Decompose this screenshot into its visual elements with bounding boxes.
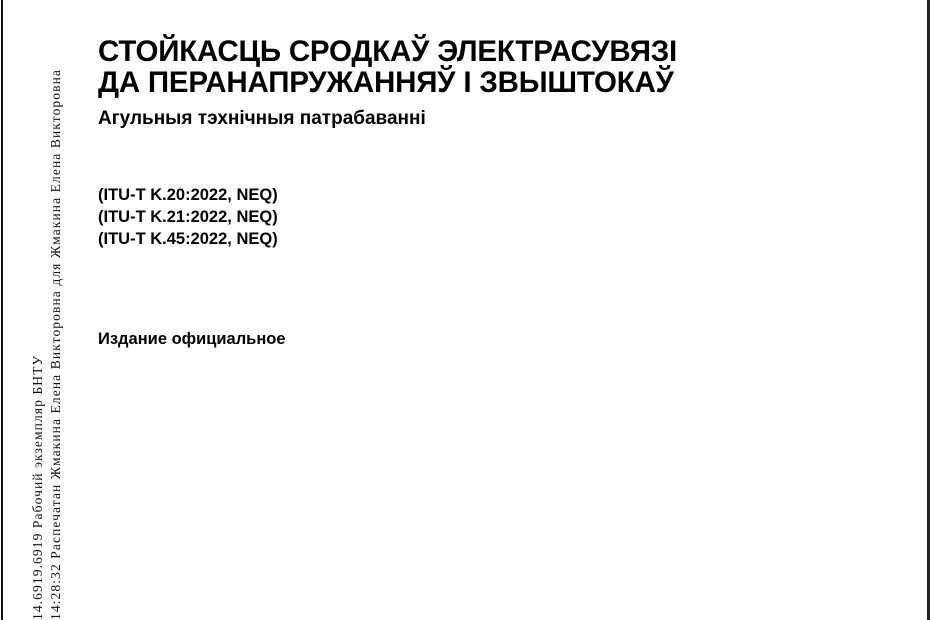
document-subtitle: Агульныя тэхнічныя патрабаванні — [98, 107, 426, 131]
reference-item: (ITU-T K.20:2022, NEQ) — [98, 184, 278, 206]
page-border-left — [1, 0, 3, 620]
margin-stamp-line-1: 14.6919.6919 Рабочий экземпляр БНТУ — [31, 355, 45, 620]
reference-item: (ITU-T K.45:2022, NEQ) — [98, 228, 278, 250]
reference-item: (ITU-T K.21:2022, NEQ) — [98, 206, 278, 228]
margin-stamp-line-2: 14:28:32 Распечатан Жмакина Елена Виктор… — [49, 69, 63, 620]
document-title: СТОЙКАСЦЬ СРОДКАЎ ЭЛЕКТРАСУВЯЗІ ДА ПЕРАН… — [98, 36, 677, 98]
document-page: 14.6919.6919 Рабочий экземпляр БНТУ 14:2… — [0, 0, 930, 620]
title-line-2: ДА ПЕРАНАПРУЖАННЯЎ І ЗВЫШТОКАЎ — [98, 67, 677, 98]
edition-label: Издание официальное — [98, 328, 286, 350]
standard-references: (ITU-T K.20:2022, NEQ) (ITU-T K.21:2022,… — [98, 184, 278, 250]
title-line-1: СТОЙКАСЦЬ СРОДКАЎ ЭЛЕКТРАСУВЯЗІ — [98, 36, 677, 67]
